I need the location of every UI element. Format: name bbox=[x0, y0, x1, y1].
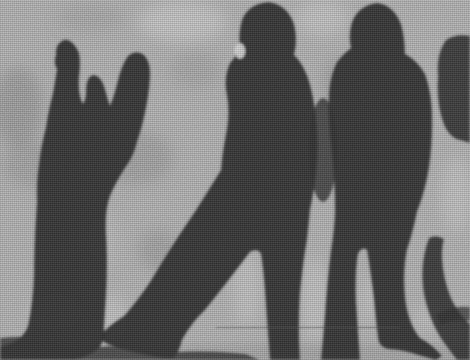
halftone-photo bbox=[0, 0, 470, 360]
grain-overlay bbox=[0, 0, 470, 360]
photo-canvas bbox=[0, 0, 470, 360]
